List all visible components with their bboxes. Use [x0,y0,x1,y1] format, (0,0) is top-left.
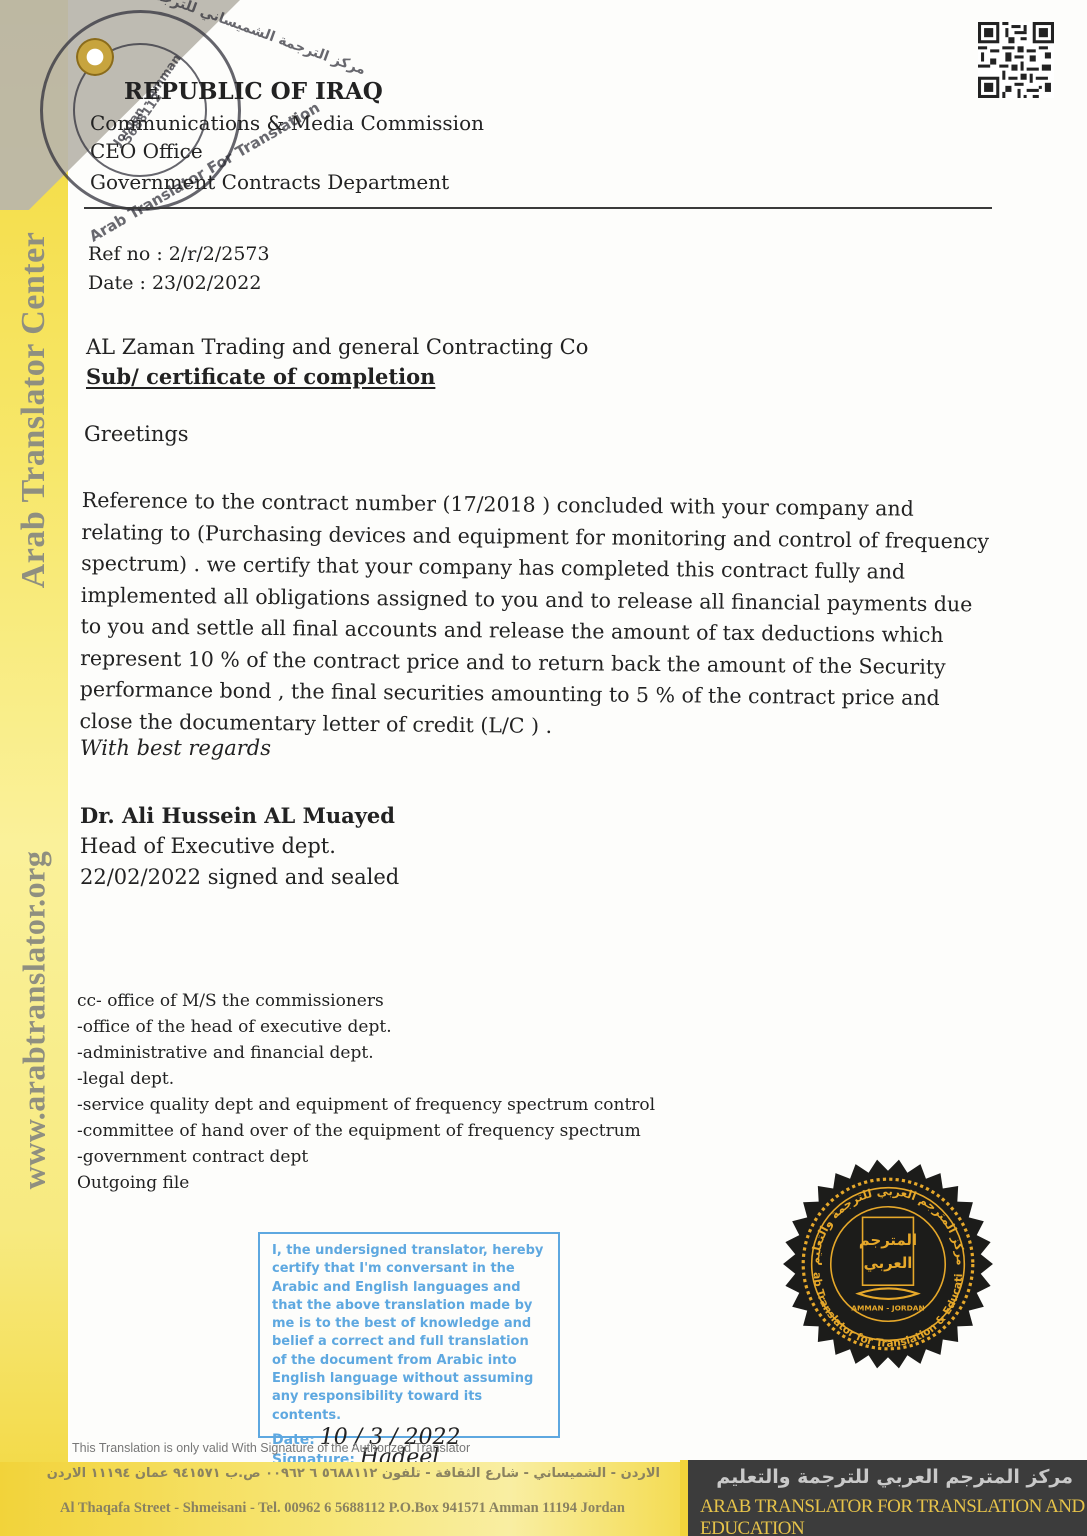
footer-address: الاردن - الشميساني - شارع الثقافة - تلفو… [0,1462,680,1536]
side-band [0,0,68,1536]
subject-line: Sub/ certificate of completion [86,362,588,392]
signature-block: Dr. Ali Hussein AL Muayed Head of Execut… [80,800,399,893]
letterhead-country: REPUBLIC OF IRAQ [90,78,484,106]
date-label: Date : [88,272,146,294]
letterhead-divider [84,207,992,209]
addressee-block: AL Zaman Trading and general Contracting… [86,332,588,392]
greeting: Greetings [84,422,189,446]
cc-item: Outgoing file [77,1170,655,1196]
ref-number-line: Ref no : 2/r/2/2573 [88,240,270,269]
letter-body: Reference to the contract number (17/201… [79,485,992,747]
cc-item: -office of the head of executive dept. [77,1014,655,1040]
seal-center-ar-1: المترجم [859,1232,917,1249]
letterhead-department: Government Contracts Department [90,168,484,196]
reference-block: Ref no : 2/r/2/2573 Date : 23/02/2022 [88,240,270,298]
vertical-website: www.arabtranslator.org [16,851,53,1190]
cc-item: -government contract dept [77,1144,655,1170]
date-value: 23/02/2022 [152,272,262,294]
vertical-title: Arab Translator Center [15,232,53,589]
seal-center-ar-2: العربي [864,1255,913,1272]
footer-address-ar: الاردن - الشميساني - شارع الثقافة - تلفو… [47,1466,660,1481]
signatory-date-note: 22/02/2022 signed and sealed [80,862,399,893]
cc-item: -service quality dept and equipment of f… [77,1092,655,1118]
translator-certification-stamp: I, the undersigned translator, hereby ce… [258,1232,560,1438]
side-band-edge [68,0,70,1460]
qr-code-icon [978,22,1054,98]
letterhead: REPUBLIC OF IRAQ Communications & Media … [90,78,484,196]
footer-brand-ar: مركز المترجم العربي للترجمة والتعليم [716,1466,1073,1488]
grommet-icon [76,38,114,76]
ref-label: Ref no : [88,243,163,265]
date-line: Date : 23/02/2022 [88,269,270,298]
cc-item: cc- office of M/S the commissioners [77,988,655,1014]
signatory-title: Head of Executive dept. [80,831,399,862]
cc-item: -legal dept. [77,1066,655,1092]
gold-seal-icon: مركز المترجم العربي للترجمة والتعليم Ara… [782,1158,994,1370]
addressee-company: AL Zaman Trading and general Contracting… [86,332,588,362]
cc-item: -administrative and financial dept. [77,1040,655,1066]
ref-value: 2/r/2/2573 [169,243,270,265]
closing: With best regards [80,736,271,760]
letterhead-commission: Communications & Media Commission [90,109,484,137]
seal-location: AMMAN - JORDAN [851,1304,924,1313]
signatory-name: Dr. Ali Hussein AL Muayed [80,800,399,831]
footer-brand-en: ARAB TRANSLATOR FOR TRANSLATION AND EDUC… [700,1496,1087,1536]
certification-text: I, the undersigned translator, hereby ce… [272,1242,546,1425]
letterhead-office: CEO Office [90,137,484,165]
validity-note: This Translation is only valid With Sign… [72,1441,470,1455]
cc-list: cc- office of M/S the commissioners -off… [77,988,655,1196]
footer-address-en: Al Thaqafa Street - Shmeisani - Tel. 009… [60,1500,625,1517]
footer-brand: مركز المترجم العربي للترجمة والتعليم ARA… [680,1460,1087,1536]
cc-item: -committee of hand over of the equipment… [77,1118,655,1144]
